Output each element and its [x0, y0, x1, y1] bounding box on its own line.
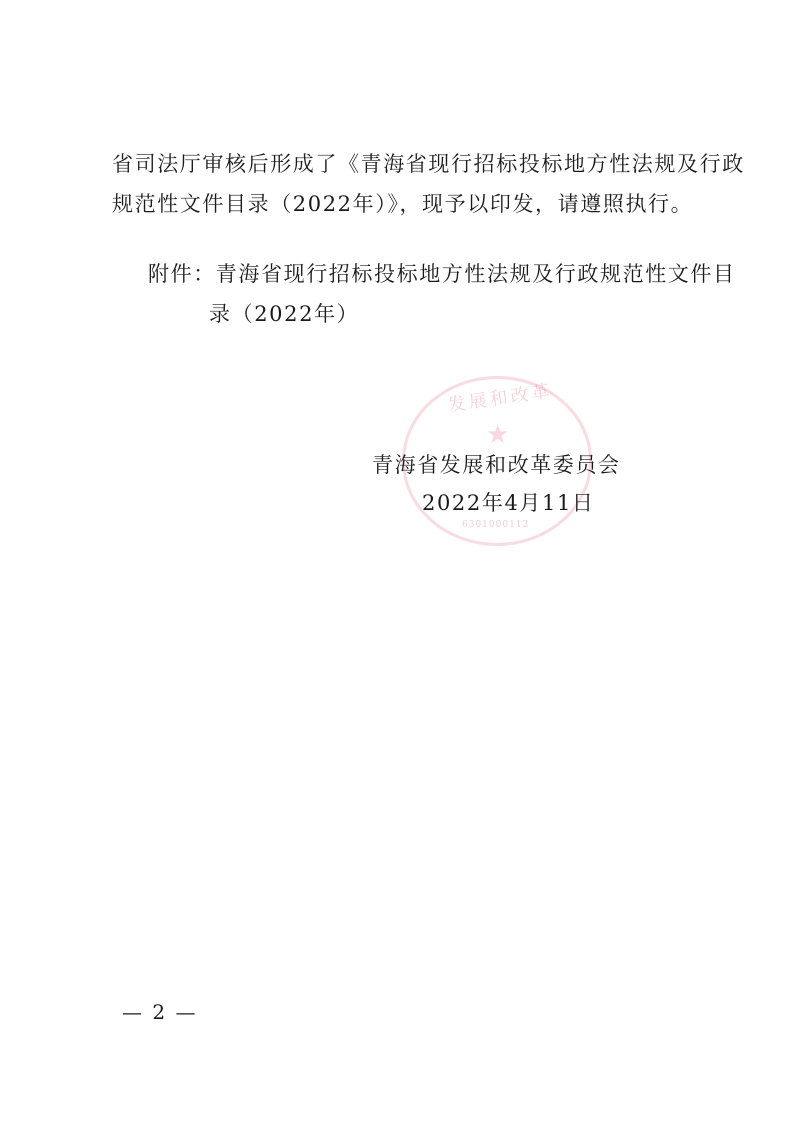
page-number: — 2 —: [122, 1000, 197, 1024]
seal-code: 6301000112: [462, 520, 529, 530]
star-icon: ★: [486, 420, 509, 450]
body-paragraph-line-1: 省司法厅审核后形成了《青海省现行招标投标地方性法规及行政: [112, 148, 745, 178]
attachment-line-2: 录（2022年）: [209, 298, 359, 328]
attachment-line-1: 附件：青海省现行招标投标地方性法规及行政规范性文件目: [148, 258, 736, 288]
signature-date: 2022年4月11日: [422, 487, 595, 517]
signature-organization: 青海省发展和改革委员会: [372, 449, 621, 479]
body-paragraph-line-2: 规范性文件目录（2022年）》，现予以印发，请遵照执行。: [112, 188, 693, 218]
